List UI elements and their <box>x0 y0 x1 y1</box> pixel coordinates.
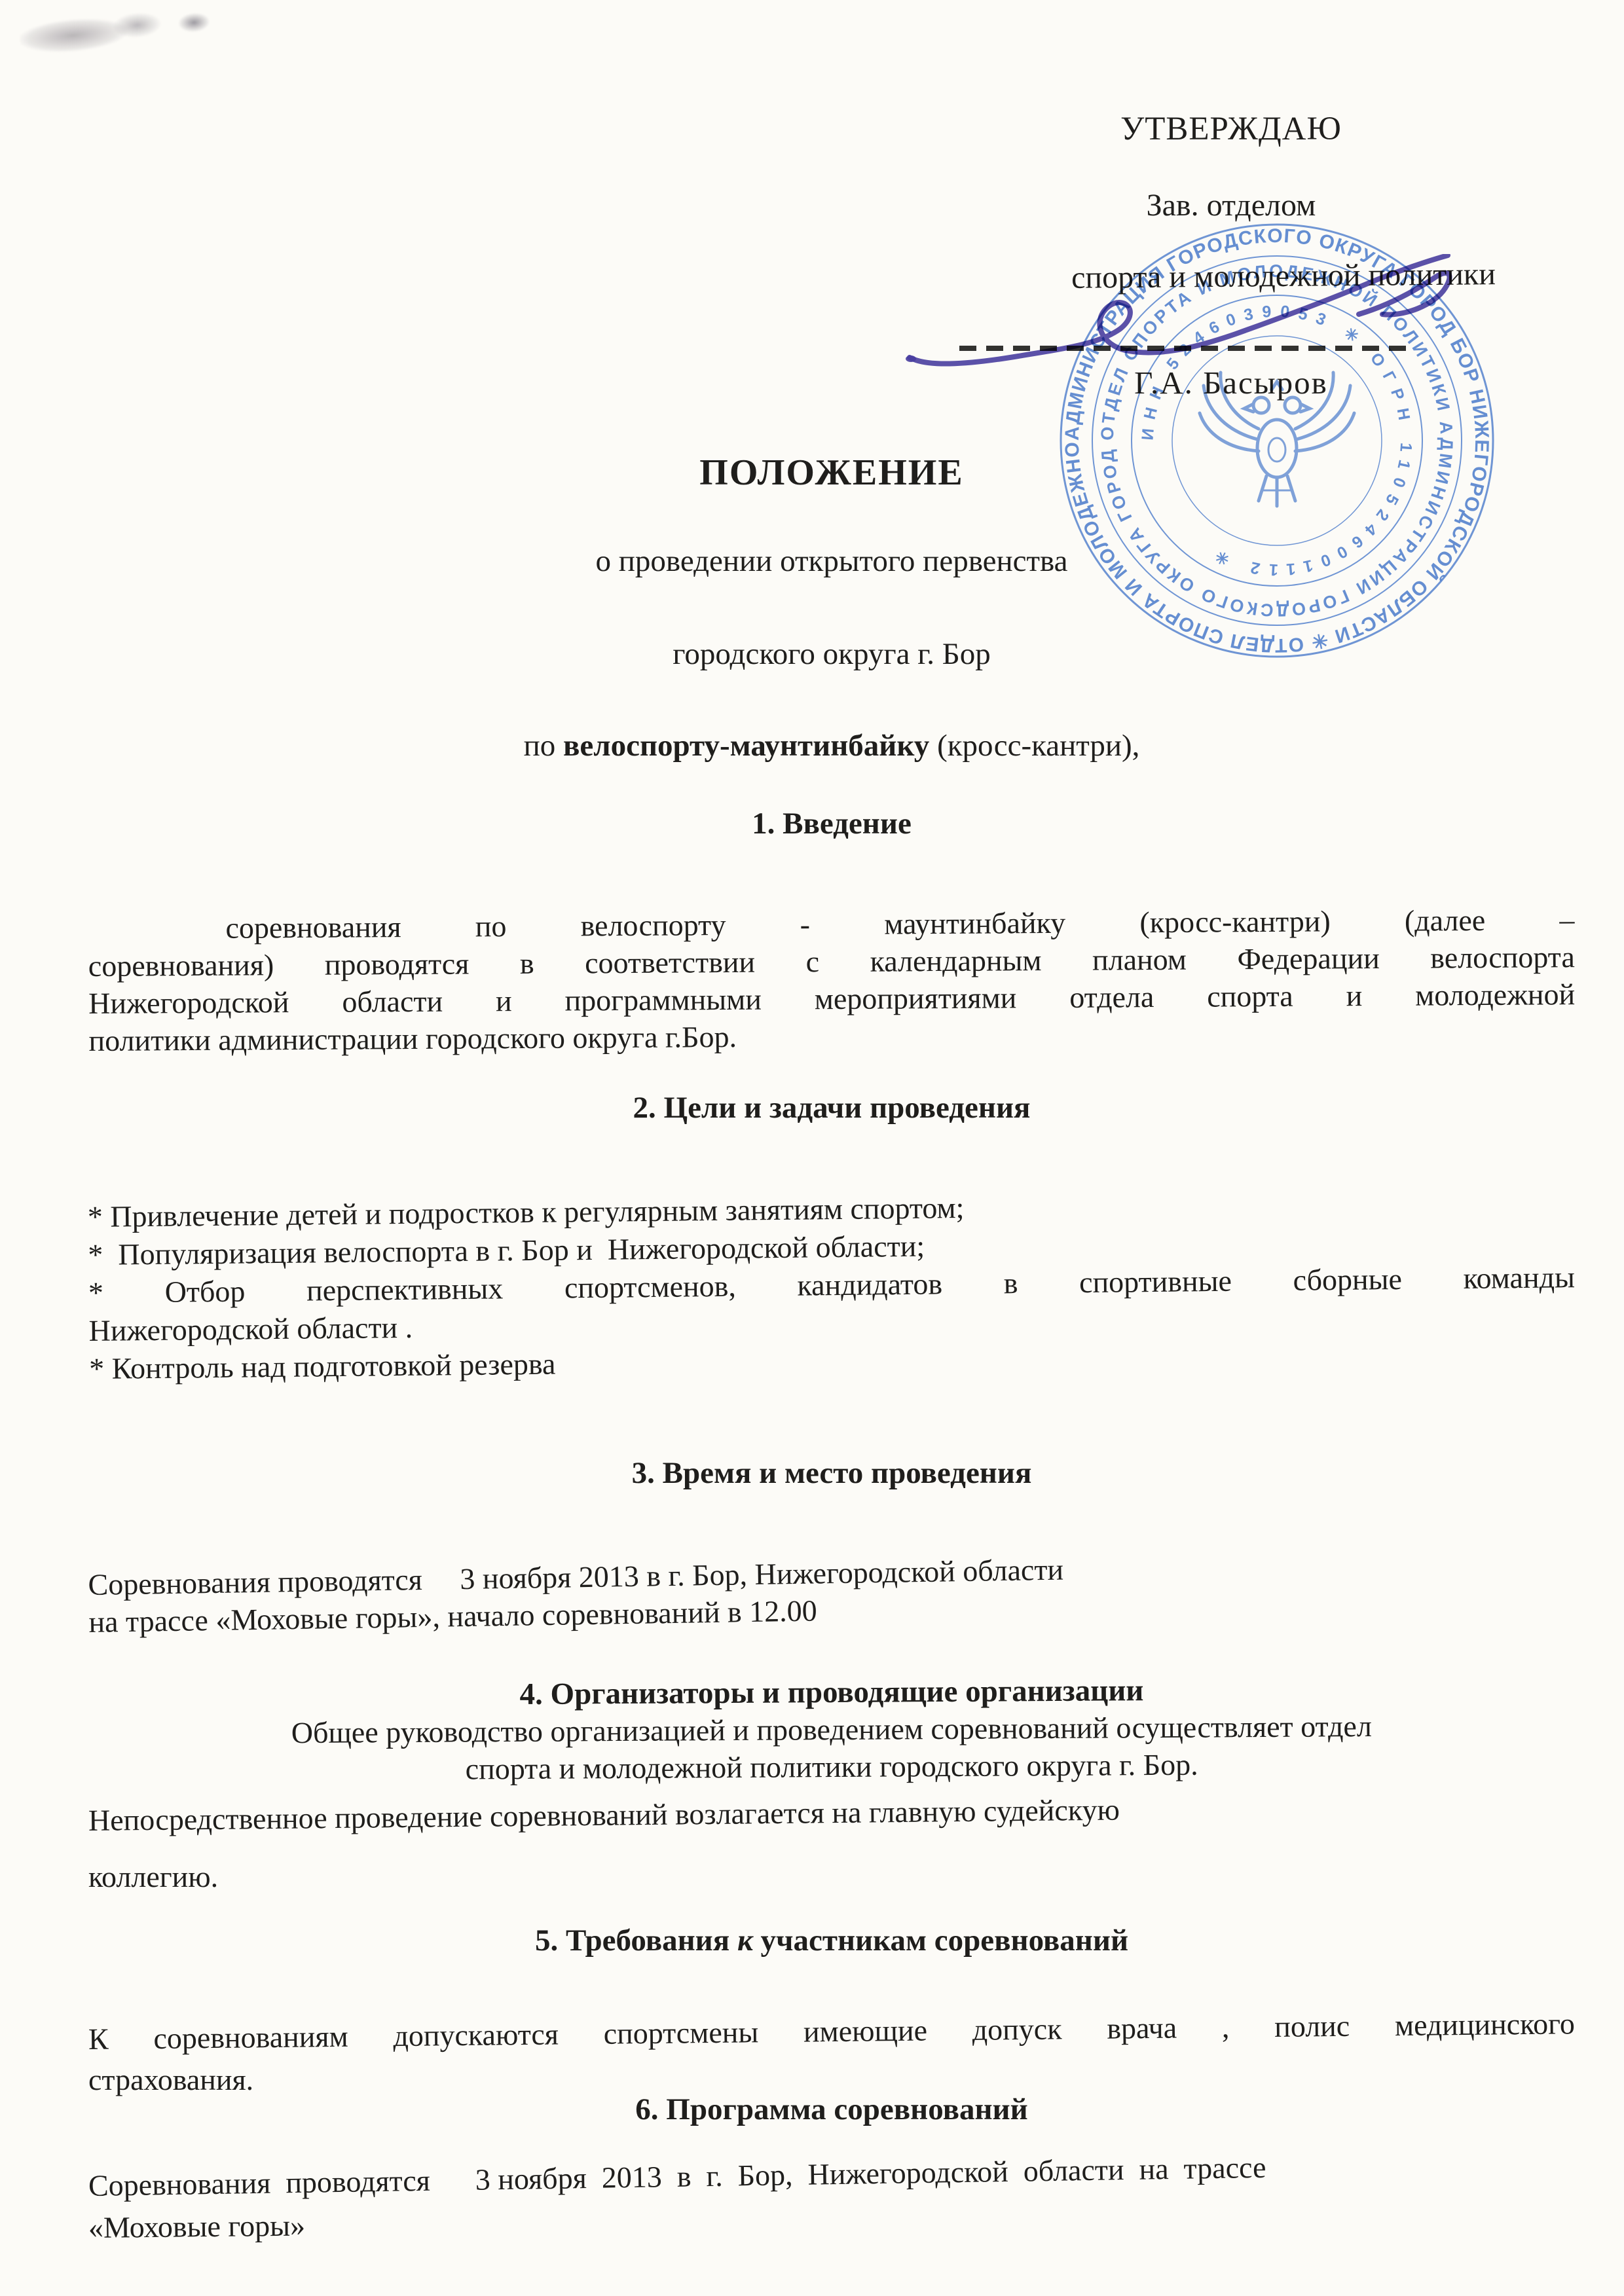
section-3-heading: 3. Время и место проведения <box>88 1455 1575 1491</box>
scanned-document-page: УТВЕРЖДАЮ Зав. отделом спорта и молодежн… <box>0 0 1624 2296</box>
document-title: ПОЛОЖЕНИЕ <box>88 452 1575 494</box>
document-subtitle-3: по велоспорту-маунтинбайку (кросс-кантри… <box>88 728 1575 763</box>
section-5-heading-post: участникам соревнований <box>753 1923 1128 1958</box>
section-5-line1: К соревнованиям допускаются спортсмены и… <box>88 2005 1575 2058</box>
section-4-paragraph-2-line1: Непосредственное проведение соревнований… <box>88 1786 1575 1839</box>
section-2-heading: 2. Цели и задачи проведения <box>88 1089 1575 1126</box>
section-6-heading: 6. Программа соревнований <box>88 2091 1575 2128</box>
subtitle-3-suffix: (кросс-кантри), <box>929 729 1139 763</box>
section-6-line2: «Моховые горы» <box>88 2193 1575 2246</box>
section-1-heading: 1. Введение <box>88 805 1575 842</box>
approval-stamp-word: УТВЕРЖДАЮ <box>1048 110 1414 148</box>
subtitle-3-discipline: велоспорту-маунтинбайку <box>563 729 929 763</box>
subtitle-3-prefix: по <box>524 729 563 763</box>
section-4-paragraph-2-line2: коллегию. <box>88 1858 1575 1895</box>
goals-bullet-list: * Привлечение детей и подростков к регул… <box>87 1182 1576 1388</box>
document-subtitle-1: о проведении открытого первенства <box>88 543 1575 579</box>
section-4-paragraph-1: Общее руководство организацией и проведе… <box>88 1706 1576 1790</box>
document-subtitle-2: городского округа г. Бор <box>88 636 1575 672</box>
signature-stroke <box>900 254 1470 405</box>
scan-smudge <box>18 0 212 61</box>
section-5-heading: 5. Требования к участникам соревнований <box>88 1922 1575 1959</box>
section-1-paragraph: соревнования по велоспорту - маунтинбайк… <box>88 901 1575 1059</box>
section-5-heading-italic: к <box>737 1923 753 1958</box>
section-5-heading-pre: 5. Требования <box>535 1923 737 1958</box>
section-3-paragraph: Соревнования проводятся 3 ноября 2013 в … <box>88 1542 1576 1641</box>
